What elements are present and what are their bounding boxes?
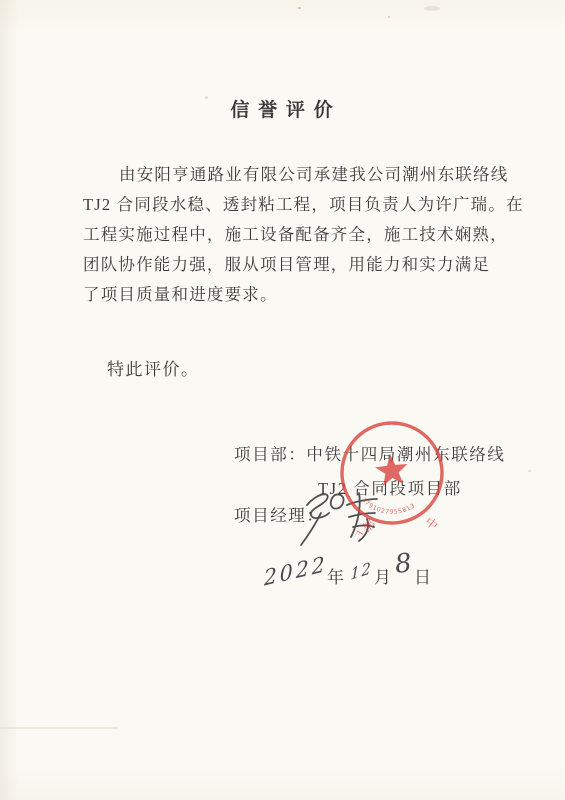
handwritten-month: 12: [350, 558, 373, 584]
body-paragraph: 由安阳亨通路业有限公司承建我公司潮州东联络线 TJ2 合同段水稳、透封粘工程，项…: [83, 160, 493, 310]
scan-artifact-smudge: [424, 6, 440, 11]
body-line-5: 了项目质量和进度要求。: [83, 280, 493, 310]
document-title: 信 誉 评 价: [0, 95, 565, 122]
scan-artifact-line: [0, 727, 118, 729]
closing-phrase: 特此评价。: [107, 355, 200, 380]
seal-star-icon: [374, 452, 409, 486]
official-seal-stamp: 中铁十四局潮州东联络线TJ2合同段项目部 3791027955813: [328, 409, 455, 536]
scan-artifact-speck: [388, 16, 390, 18]
body-line-4: 团队协作能力强，服从项目管理，用能力和实力满足: [83, 250, 493, 280]
month-unit-char: 月: [374, 563, 392, 588]
scanned-document-page: 信 誉 评 价 由安阳亨通路业有限公司承建我公司潮州东联络线 TJ2 合同段水稳…: [0, 0, 565, 800]
body-line-2: TJ2 合同段水稳、透封粘工程，项目负责人为许广瑞。在: [83, 190, 493, 220]
department-label: 项目部：: [234, 445, 306, 464]
year-unit-char: 年: [327, 563, 345, 588]
day-unit-char: 日: [414, 563, 432, 588]
body-line-3: 工程实施过程中，施工设备配备齐全，施工技术娴熟，: [83, 220, 493, 250]
scan-artifact-speck: [528, 470, 531, 472]
handwritten-year: 2022: [264, 551, 328, 590]
scan-artifact-speck: [298, 7, 301, 9]
handwritten-day: 8: [393, 548, 413, 580]
body-line-1: 由安阳亨通路业有限公司承建我公司潮州东联络线: [83, 160, 493, 190]
